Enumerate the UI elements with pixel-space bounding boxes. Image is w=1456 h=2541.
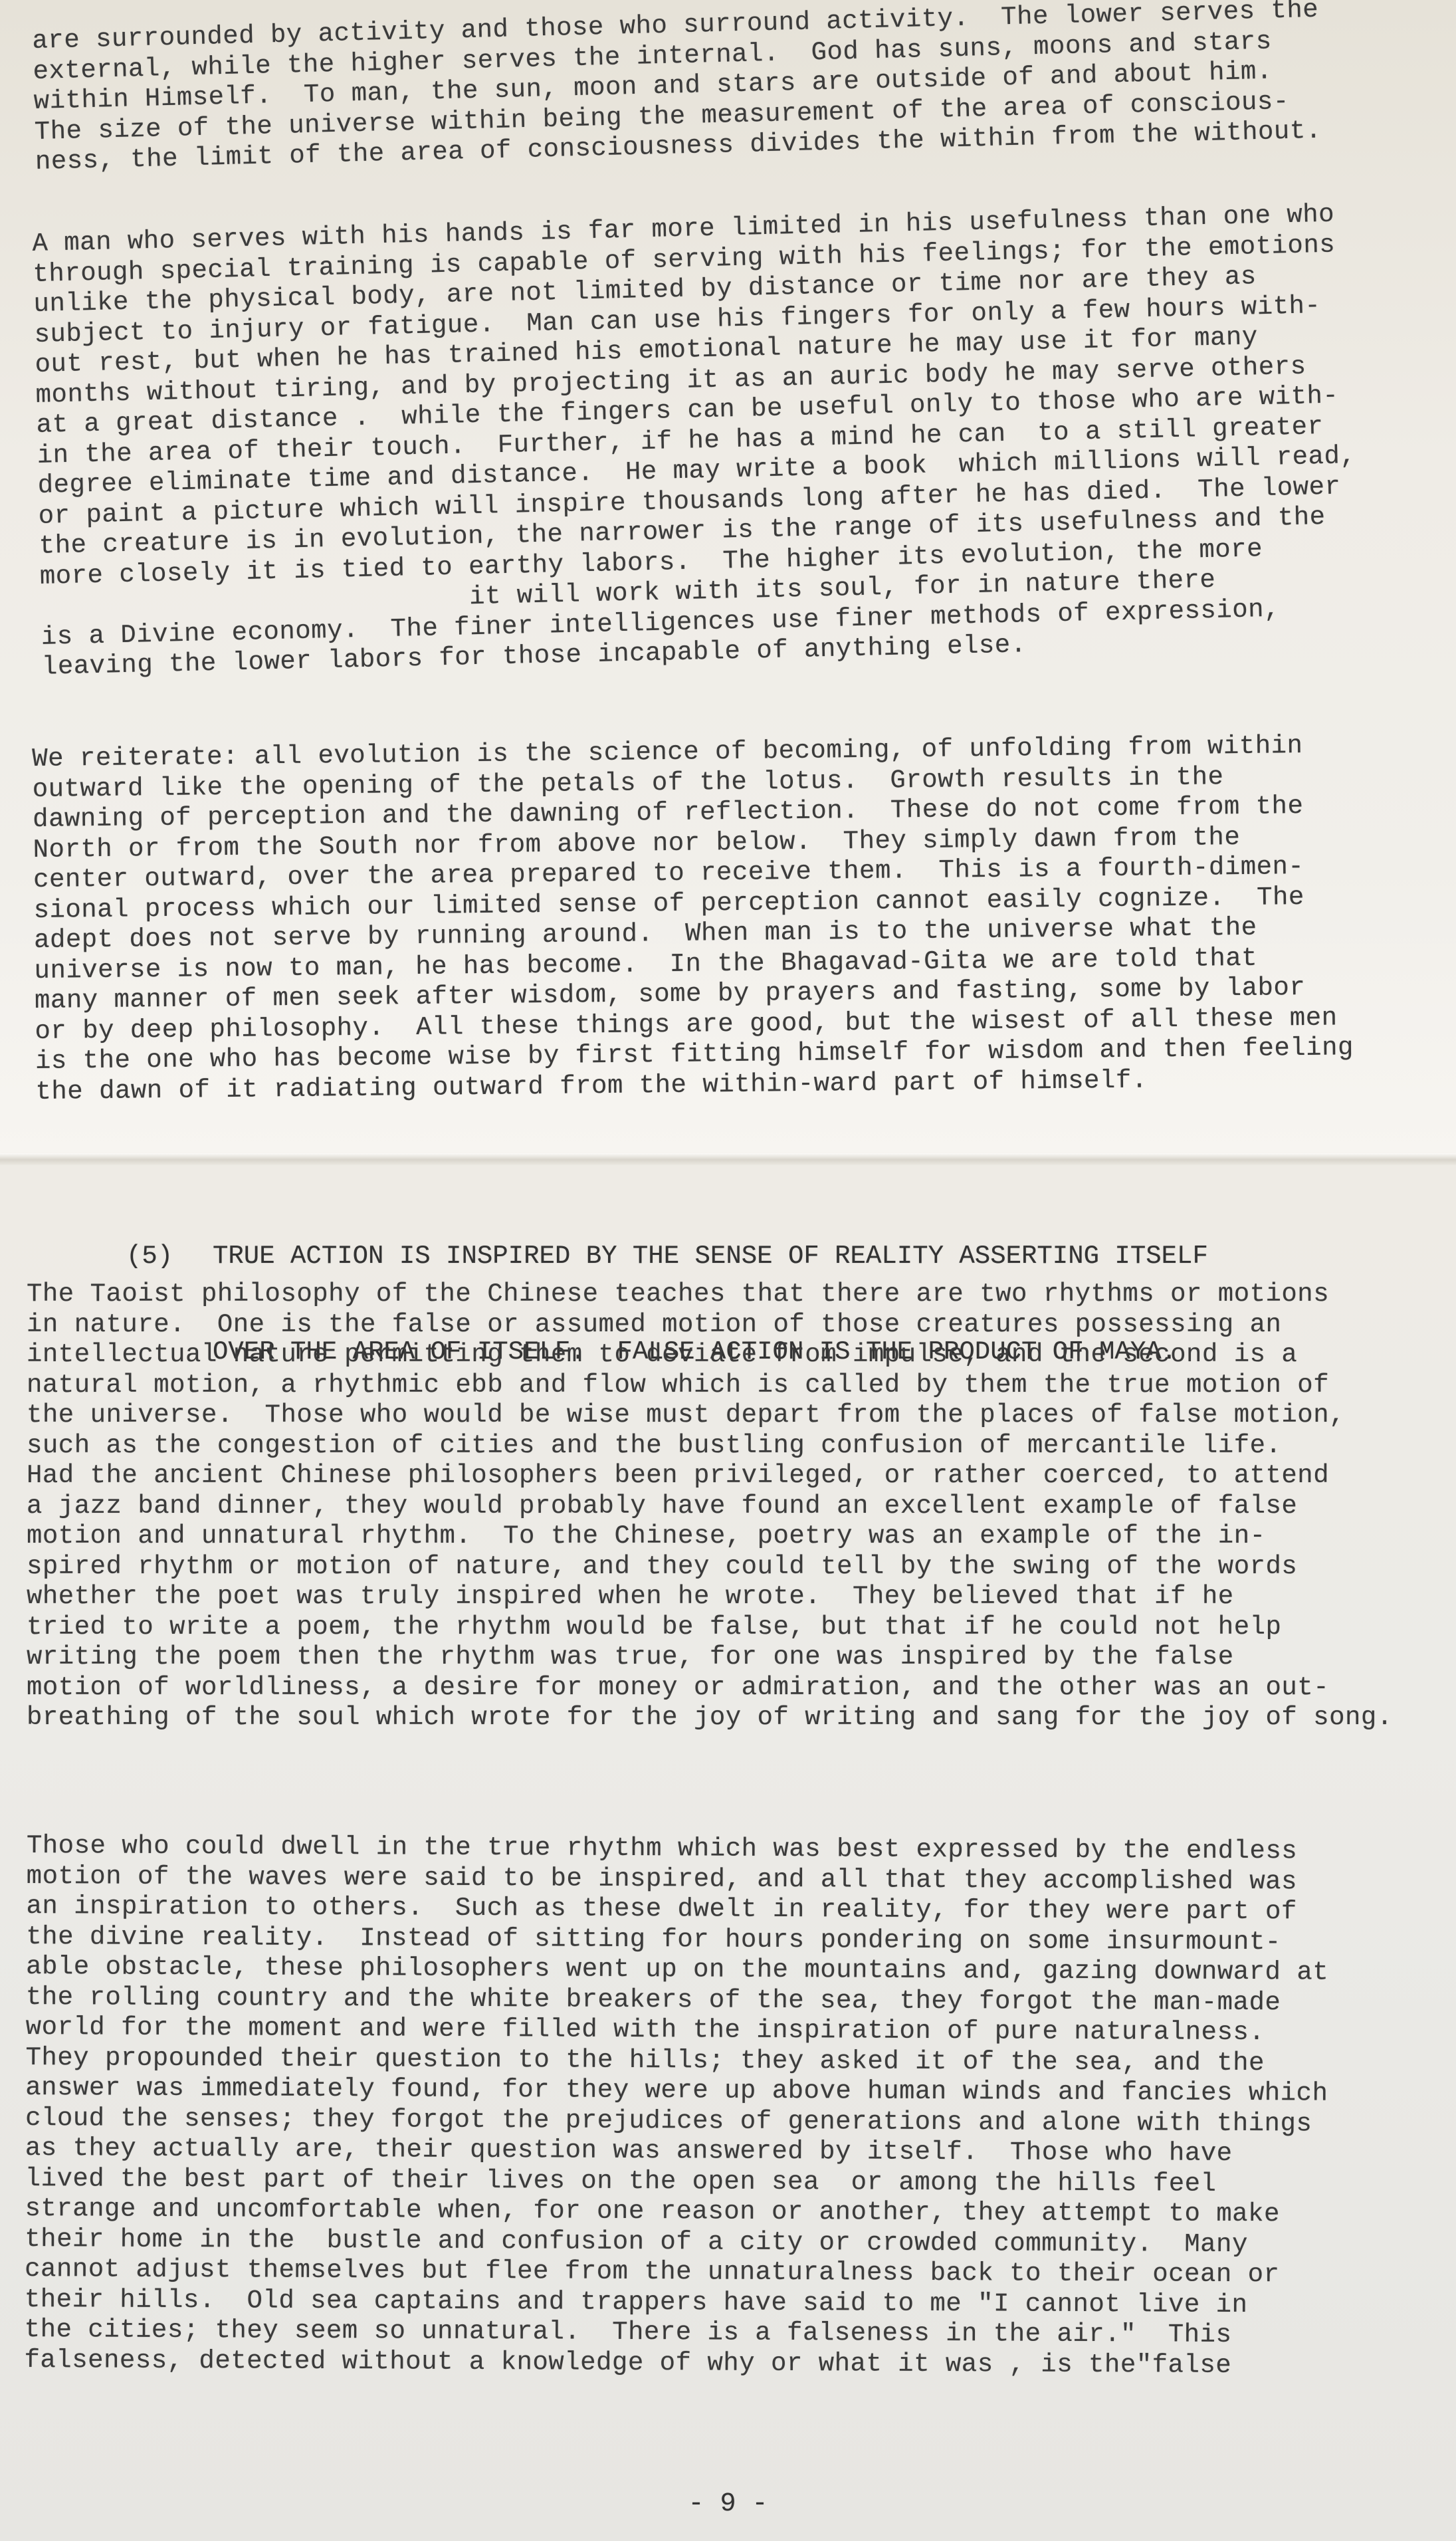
paragraph-2: A man who serves with his hands is far m…	[32, 197, 1451, 683]
text-line: motion and unnatural rhythm. To the Chin…	[27, 1521, 1435, 1552]
section-number: (5)	[126, 1240, 213, 1272]
text-line: intellectual nature permitting them to d…	[27, 1340, 1435, 1371]
text-line: breathing of the soul which wrote for th…	[27, 1703, 1435, 1733]
text-line: such as the congestion of cities and the…	[27, 1431, 1435, 1462]
paper-fold-crease	[0, 1153, 1456, 1165]
text-line: writing the poem then the rhythm was tru…	[27, 1642, 1435, 1673]
text-line: The Taoist philosophy of the Chinese tea…	[27, 1279, 1435, 1310]
text-line: Had the ancient Chinese philosophers bee…	[27, 1461, 1435, 1491]
paragraph-5: Those who could dwell in the true rhythm…	[24, 1831, 1435, 2381]
text-line: falseness, detected without a knowledge …	[24, 2345, 1433, 2381]
section-heading-line-1: TRUE ACTION IS INSPIRED BY THE SENSE OF …	[213, 1242, 1208, 1271]
page-number: - 9 -	[0, 2489, 1456, 2519]
paragraph-4: The Taoist philosophy of the Chinese tea…	[27, 1279, 1435, 1733]
text-line: whether the poet was truly inspired when…	[27, 1582, 1435, 1612]
text-line: the universe. Those who would be wise mu…	[27, 1400, 1435, 1431]
text-line: natural motion, a rhythmic ebb and flow …	[27, 1371, 1435, 1401]
paragraph-3: We reiterate: all evolution is the scien…	[32, 730, 1445, 1107]
text-line: in nature. One is the false or assumed m…	[27, 1310, 1435, 1341]
text-line: tried to write a poem, the rhythm would …	[27, 1612, 1435, 1643]
text-line: spired rhythm or motion of nature, and t…	[27, 1552, 1435, 1583]
text-line: a jazz band dinner, they would probably …	[27, 1491, 1435, 1522]
text-line: motion of worldliness, a desire for mone…	[27, 1673, 1435, 1704]
